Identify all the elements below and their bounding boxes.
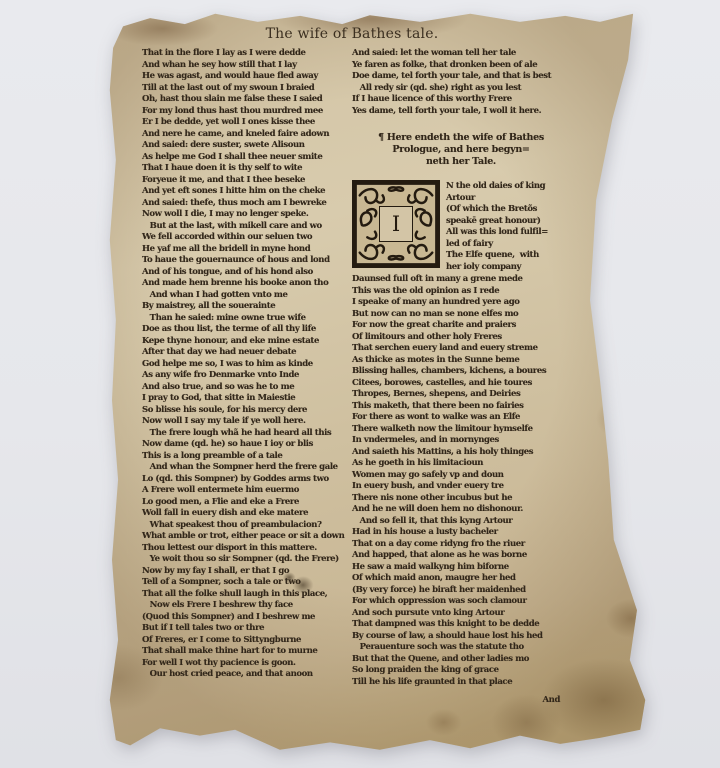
text-line: And saied: thefe, thus moch am I bewreke xyxy=(142,198,350,210)
text-line: All was this lond fulfil= xyxy=(446,227,548,239)
text-line: neth her Tale. xyxy=(352,156,570,168)
text-line: her ioly company xyxy=(446,262,548,274)
text-line: In euery bush, and vnder euery tre xyxy=(352,481,570,493)
initial-side-lines: N the old daies of kingArtour(Of which t… xyxy=(446,180,548,273)
text-line: Foryeue it me, and that I thee beseke xyxy=(142,175,350,187)
text-line: There nis none other incubus but he xyxy=(352,493,570,505)
text-line: For there as wont to walke was an Elfe xyxy=(352,412,570,424)
text-line: As thicke as motes in the Sunne beme xyxy=(352,355,570,367)
manuscript-leaf: The wife of Bathes tale. That in the flo… xyxy=(96,10,648,752)
text-line: speakē great honour) xyxy=(446,216,548,228)
text-line: (Of which the Bretõs xyxy=(446,204,548,216)
text-line: Kepe thyne honour, and eke mine estate xyxy=(142,336,350,348)
text-line: If I haue licence of this worthy Frere xyxy=(352,94,570,106)
text-line: He yaf me all the bridell in myne hond xyxy=(142,244,350,256)
text-line: All redy sir (qd. she) right as you lest xyxy=(352,83,570,95)
text-line: And whan I had gotten vnto me xyxy=(142,290,350,302)
text-line: For well I wot thy pacience is goon. xyxy=(142,658,350,670)
tale-lines: Daunsed full oft in many a grene medeThi… xyxy=(352,274,570,688)
text-line: This is a long preamble of a tale xyxy=(142,451,350,463)
text-line: By course of law, a should haue lost his… xyxy=(352,631,570,643)
text-line: That dampned was this knight to be dedde xyxy=(352,619,570,631)
text-line: And whan he sey how still that I lay xyxy=(142,60,350,72)
text-line: But at the last, with mikell care and wo xyxy=(142,221,350,233)
text-line: By maistrey, all the souerainte xyxy=(142,301,350,313)
text-line: And saieth his Mattins, a his holy thing… xyxy=(352,447,570,459)
text-line: led of fairy xyxy=(446,239,548,251)
text-line: Lo good men, a Flie and eke a Frere xyxy=(142,497,350,509)
text-line: And yet eft sones I hitte him on the che… xyxy=(142,186,350,198)
text-line: And he ne will doen hem no dishonour. xyxy=(352,504,570,516)
text-line: He saw a maid walkyng him biforne xyxy=(352,562,570,574)
text-line: And made hem brenne his booke anon tho xyxy=(142,278,350,290)
text-line: Thou lettest our disport in this mattere… xyxy=(142,543,350,555)
text-line: As he goeth in his limitacioun xyxy=(352,458,570,470)
text-line: As any wife fro Denmarke vnto Inde xyxy=(142,370,350,382)
text-line: Blissing halles, chambers, kichens, a bo… xyxy=(352,366,570,378)
text-line: A Frere woll entermete him euermo xyxy=(142,485,350,497)
text-line: Now woll I die, I may no lenger speke. xyxy=(142,209,350,221)
text-line: That shall make thine hart for to murne xyxy=(142,646,350,658)
text-line: As helpe me God I shall thee neuer smite xyxy=(142,152,350,164)
text-line: For my lond thus hast thou murdred mee xyxy=(142,106,350,118)
prologue-end-lines: And saied: let the woman tell her taleYe… xyxy=(352,48,570,117)
text-line: Of which maid anon, maugre her hed xyxy=(352,573,570,585)
text-line: So blisse his soule, for his mercy dere xyxy=(142,405,350,417)
text-line: Doe dame, tel forth your tale, and that … xyxy=(352,71,570,83)
text-line: And whan the Sompner herd the frere gale xyxy=(142,462,350,474)
text-line: The Elfe quene, with xyxy=(446,250,548,262)
text-line: And saied: let the woman tell her tale xyxy=(352,48,570,60)
text-line: Till at the last out of my swoun I braie… xyxy=(142,83,350,95)
text-line: Prologue, and here begyn= xyxy=(352,144,570,156)
text-line: That on a day come ridyng fro the riuer xyxy=(352,539,570,551)
text-line: And of his tongue, and of his hond also xyxy=(142,267,350,279)
text-line: Till he his life graunted in that place xyxy=(352,677,570,689)
text-line: We fell accorded within our seluen two xyxy=(142,232,350,244)
text-line: In vndermeles, and in mornynges xyxy=(352,435,570,447)
text-line: And also true, and so was he to me xyxy=(142,382,350,394)
text-line: This maketh, that there been no fairies xyxy=(352,401,570,413)
text-line: Tell of a Sompner, soch a tale or two xyxy=(142,577,350,589)
text-line: But if I tell tales two or thre xyxy=(142,623,350,635)
text-line: Now by my fay I shall, er that I go xyxy=(142,566,350,578)
text-line: What amble or trot, either peace or sit … xyxy=(142,531,350,543)
text-line: This was the old opinion as I rede xyxy=(352,286,570,298)
text-line: Our host cried peace, and that anoon xyxy=(142,669,350,681)
left-text-column: That in the flore I lay as I were deddeA… xyxy=(142,48,350,681)
initial-row: I N the old daies of kingArtour(Of which… xyxy=(352,180,570,273)
text-line: To haue the gouernaunce of hous and lond xyxy=(142,255,350,267)
text-line: Lo (qd. this Sompner) by Goddes arms two xyxy=(142,474,350,486)
text-line: I pray to God, that sitte in Maiestie xyxy=(142,393,350,405)
text-line: Perauenture soch was the statute tho xyxy=(352,642,570,654)
text-line: So long praiden the king of grace xyxy=(352,665,570,677)
text-line: Daunsed full oft in many a grene mede xyxy=(352,274,570,286)
text-line: (By very force) he biraft her maidenhed xyxy=(352,585,570,597)
text-line: What speakest thou of preambulacion? xyxy=(142,520,350,532)
text-line: Ye faren as folke, that dronken been of … xyxy=(352,60,570,72)
text-line: Woll fall in euery dish and eke matere xyxy=(142,508,350,520)
text-line: Now els Frere I beshrew thy face xyxy=(142,600,350,612)
text-line: But now can no man se none elfes mo xyxy=(352,309,570,321)
text-line: The frere lough whã he had heard all thi… xyxy=(142,428,350,440)
text-line: Artour xyxy=(446,193,548,205)
text-line: That I haue doen it is thy self to wite xyxy=(142,163,350,175)
text-line: There walketh now the limitour hymselfe xyxy=(352,424,570,436)
text-line: Er I be dedde, yet woll I ones kisse the… xyxy=(142,117,350,129)
text-line: Now dame (qd. he) so haue I ioy or blis xyxy=(142,439,350,451)
text-line: God helpe me so, I was to him as kinde xyxy=(142,359,350,371)
text-line: That in the flore I lay as I were dedde xyxy=(142,48,350,60)
text-line: Had in his house a lusty bacheler xyxy=(352,527,570,539)
initial-letter: I xyxy=(379,206,413,242)
paper-surface: The wife of Bathes tale. That in the flo… xyxy=(96,10,648,752)
text-line: And saied: dere suster, swete Alisoun xyxy=(142,140,350,152)
text-line: For now the great charite and praiers xyxy=(352,320,570,332)
text-line: Yes dame, tell forth your tale, I woll i… xyxy=(352,106,570,118)
text-line: He was agast, and would haue fled away xyxy=(142,71,350,83)
text-line: After that day we had neuer debate xyxy=(142,347,350,359)
right-text-column: And saied: let the woman tell her taleYe… xyxy=(352,48,570,707)
text-line: But that the Quene, and other ladies mo xyxy=(352,654,570,666)
text-line: Than he saied: mine owne true wife xyxy=(142,313,350,325)
text-line: (Quod this Sompner) and I beshrew me xyxy=(142,612,350,624)
text-line: N the old daies of king xyxy=(446,181,548,193)
catchword: And xyxy=(352,695,570,707)
running-title: The wife of Bathes tale. xyxy=(96,26,648,42)
text-line: ¶ Here endeth the wife of Bathes xyxy=(352,132,570,144)
text-line: And so fell it, that this kyng Artour xyxy=(352,516,570,528)
text-line: And nere he came, and kneled faire adown xyxy=(142,129,350,141)
text-line: Of Freres, er I come to Sittyngburne xyxy=(142,635,350,647)
text-line: For which oppression was soch clamour xyxy=(352,596,570,608)
text-line: Ye woit thou so sir Sompner (qd. the Fre… xyxy=(142,554,350,566)
text-line: Now woll I say my tale if ye woll here. xyxy=(142,416,350,428)
text-line: And soch pursute vnto king Artour xyxy=(352,608,570,620)
section-heading: ¶ Here endeth the wife of BathesPrologue… xyxy=(352,132,570,168)
text-line: Citees, borowes, castelles, and hie tour… xyxy=(352,378,570,390)
text-line: Oh, hast thou slain me false these I sai… xyxy=(142,94,350,106)
text-line: I speake of many an hundred yere ago xyxy=(352,297,570,309)
text-line: Doe as thou list, the terme of all thy l… xyxy=(142,324,350,336)
text-line: Of limitours and other holy Freres xyxy=(352,332,570,344)
text-line: And happed, that alone as he was borne xyxy=(352,550,570,562)
text-line: Women may go safely vp and doun xyxy=(352,470,570,482)
text-line: Thropes, Bernes, shepens, and Deiries xyxy=(352,389,570,401)
text-line: That all the folke shull laugh in this p… xyxy=(142,589,350,601)
decorated-initial-woodcut: I xyxy=(352,180,440,268)
text-line: That serchen euery land and euery streme xyxy=(352,343,570,355)
